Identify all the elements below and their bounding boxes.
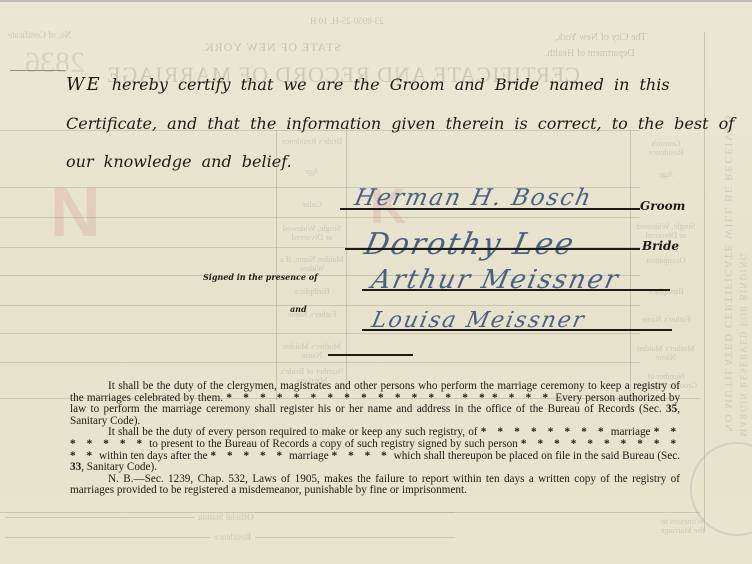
ghost-label: Residence — [214, 532, 251, 542]
ghost-cert-number-label: No. of Certificate — [8, 30, 71, 40]
ghost-margin-text: NO MUTILATED CERTIFICATE WILL BE RECEIVE… — [722, 132, 734, 432]
ghost-label: Mother's Maiden Name — [634, 344, 698, 362]
certification-text: hereby certify that we are the Groom and… — [112, 75, 670, 94]
certificate-page: 23-0950-25-H. 10 H STATE OF NEW YORK. Th… — [0, 0, 752, 564]
ghost-label: Father's Name — [634, 315, 698, 324]
ghost-label: Mother's Maiden Name — [280, 342, 344, 360]
groom-label: Groom — [640, 199, 685, 213]
ghost-label: Age — [634, 170, 698, 179]
notice-paragraph-2: It shall be the duty of every person req… — [70, 427, 680, 473]
ghost-state-heading: STATE OF NEW YORK. — [200, 40, 341, 55]
ghost-label: Single, Widowed or Divorced — [634, 222, 698, 240]
certification-line-3: our knowledge and belief. — [66, 152, 292, 171]
ghost-city-line1: The City of New York, — [555, 32, 647, 43]
ghost-label: Groom's Residence — [634, 139, 698, 157]
ghost-label: Color — [280, 200, 344, 209]
ghost-label: Maiden Name, if a Widow — [280, 255, 344, 273]
ghost-column-rule — [630, 130, 631, 400]
ghost-rule — [5, 517, 195, 518]
certification-line-2: Certificate, and that the information gi… — [66, 114, 734, 133]
ghost-cert-underline — [10, 70, 65, 71]
bride-signature: Dorothy Lee — [361, 227, 578, 262]
notice-paragraph-3: N. B.—Sec. 1239, Chap. 532, Laws of 1905… — [70, 474, 680, 497]
certification-we: WE — [66, 74, 102, 95]
notice-paragraph-1: It shall be the duty of the clergymen, m… — [70, 381, 680, 427]
ghost-margin-text: MARGIN RESERVED FOR BINDING — [738, 177, 748, 437]
ghost-form-number: 23-0950-25-H. 10 H — [310, 16, 384, 26]
ghost-rule — [255, 512, 455, 513]
ghost-label: Single, Widowed or Divorced — [280, 224, 344, 242]
ghost-rule — [5, 537, 210, 538]
ghost-column-rule — [346, 130, 347, 400]
legal-notice: It shall be the duty of the clergymen, m… — [70, 381, 680, 497]
witness-1-signature: Arthur Meissner — [369, 265, 623, 295]
ghost-label: Birthplace — [280, 287, 344, 296]
witness-1-signature-line — [362, 289, 670, 291]
bride-signature-line — [345, 248, 640, 250]
ghost-label: Witnesses to the Marriage — [660, 517, 705, 535]
certification-line-1: WE hereby certify that we are the Groom … — [66, 74, 670, 95]
groom-signature-line — [340, 208, 640, 210]
and-label: and — [290, 304, 307, 314]
ghost-rule — [255, 537, 455, 538]
ghost-label: Official Station — [198, 512, 254, 522]
ghost-rule — [0, 305, 640, 306]
signed-in-presence-label: Signed in the presence of — [203, 272, 318, 282]
ghost-label: Bride's Residence — [280, 137, 344, 146]
ghost-city-line2: Department of Health. — [545, 48, 635, 59]
blank-signature-line — [328, 354, 413, 356]
ghost-rule — [0, 362, 640, 363]
ghost-rule — [0, 333, 640, 334]
faint-red-stamp: N — [50, 172, 101, 252]
ghost-label: Occupation — [634, 256, 698, 265]
witness-2-signature-line — [362, 329, 672, 331]
bride-label: Bride — [642, 239, 679, 253]
